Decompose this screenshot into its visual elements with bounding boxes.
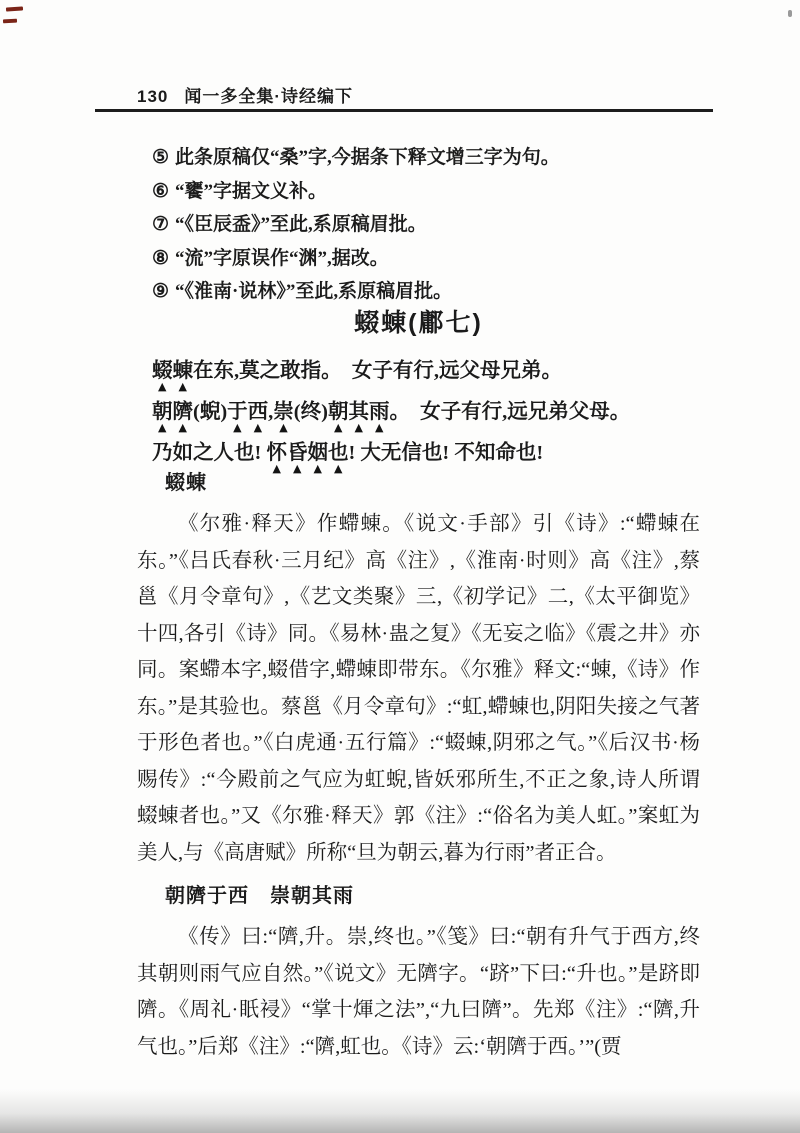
footnote-number: ⑥ (152, 181, 169, 202)
footnote-number: ⑦ (152, 214, 169, 235)
footnote-number: ⑧ (152, 248, 169, 269)
emphasized-char: 隮 (173, 401, 194, 423)
emphasized-char: 朝 (152, 401, 173, 423)
emphasized-char: 朝 (328, 401, 349, 423)
emphasized-char: 怀 (266, 442, 287, 464)
poem-line: 朝隮(蜺)于西,崇(终)朝其雨。 女子有行,远兄弟父母。 (152, 401, 700, 423)
footnote: ⑥“饔”字据文义补。 (152, 175, 700, 209)
footnotes-list: ⑤此条原稿仅“桑”字,今据条下释文增三字为句。⑥“饔”字据文义补。⑦“《臣辰盉》… (152, 141, 700, 309)
scan-artifact-mark (6, 6, 23, 11)
section-heading: 蝃蝀 (165, 468, 700, 498)
poem-segment: (蜺) (193, 401, 227, 423)
scan-artifact-dot (788, 10, 792, 17)
section-heading: 朝隮于西 崇朝其雨 (165, 881, 700, 911)
footnote: ⑦“《臣辰盉》”至此,系原稿眉批。 (152, 208, 700, 242)
emphasized-char: 蝀 (173, 360, 194, 382)
footnote-number: ⑤ (152, 147, 169, 168)
emphasized-char: 蝃 (152, 360, 173, 382)
footnote: ⑤此条原稿仅“桑”字,今据条下释文增三字为句。 (152, 141, 700, 175)
page-number: 130 (137, 87, 168, 107)
footnote-text: “《臣辰盉》”至此,系原稿眉批。 (175, 214, 427, 235)
footnote-text: “饔”字据文义补。 (175, 181, 327, 202)
footnote-text: “《淮南·说林》”至此,系原稿眉批。 (175, 281, 452, 302)
section-paragraph: 《传》曰:“隮,升。崇,终也。”《笺》曰:“朝有升气于西方,终其朝则雨气应自然。… (137, 919, 700, 1065)
emphasized-char: 昏 (287, 442, 308, 464)
commentary-section: 蝃蝀《尔雅·释天》作螮蝀。《说文·手部》引《诗》:“螮蝀在东。”《吕氏春秋·三月… (137, 468, 700, 871)
commentary-section: 朝隮于西 崇朝其雨《传》曰:“隮,升。崇,终也。”《笺》曰:“朝有升气于西方,终… (137, 881, 700, 1065)
footnote-number: ⑨ (152, 281, 169, 302)
emphasized-char: 其 (348, 401, 369, 423)
scan-shadow (0, 1089, 800, 1133)
section-paragraph: 《尔雅·释天》作螮蝀。《说文·手部》引《诗》:“螮蝀在东。”《吕氏春秋·三月纪》… (137, 506, 700, 871)
footnote: ⑧“流”字原误作“渊”,据改。 (152, 242, 700, 276)
footnote-text: 此条原稿仅“桑”字,今据条下释文增三字为句。 (175, 147, 560, 168)
emphasized-char: 西 (248, 401, 269, 423)
poem-title: 蝃蝀(鄘七) (137, 303, 700, 339)
poem-segment: (终) (294, 401, 328, 423)
footnote-text: “流”字原误作“渊”,据改。 (175, 248, 389, 269)
emphasized-char: 也 (328, 442, 349, 464)
emphasized-char: 雨 (369, 401, 390, 423)
poem-line: 乃如之人也! 怀昏姻也! 大无信也! 不知命也! (152, 442, 700, 464)
book-title: 闻一多全集·诗经编下 (184, 82, 353, 107)
page-header: 130 闻一多全集·诗经编下 (137, 82, 700, 107)
emphasized-char: 姻 (307, 442, 328, 464)
poem-segment: 乃如之人也! (152, 442, 266, 464)
book-page-scan: 130 闻一多全集·诗经编下 ⑤此条原稿仅“桑”字,今据条下释文增三字为句。⑥“… (0, 0, 800, 1133)
poem-line: 蝃蝀在东,莫之敢指。 女子有行,远父母兄弟。 (152, 360, 700, 382)
header-rule (95, 109, 713, 112)
poem-segment: 在东,莫之敢指。 女子有行,远父母兄弟。 (193, 360, 562, 382)
emphasized-char: 崇 (273, 401, 294, 423)
poem-segment: 。 女子有行,远兄弟父母。 (389, 401, 630, 423)
poem-segment: ! 大无信也! 不知命也! (348, 442, 543, 464)
commentary-sections: 蝃蝀《尔雅·释天》作螮蝀。《说文·手部》引《诗》:“螮蝀在东。”《吕氏春秋·三月… (137, 468, 700, 1075)
poem-text: 蝃蝀在东,莫之敢指。 女子有行,远父母兄弟。朝隮(蜺)于西,崇(终)朝其雨。 女… (152, 360, 700, 483)
scan-artifact-mark (3, 19, 17, 24)
emphasized-char: 于 (227, 401, 248, 423)
